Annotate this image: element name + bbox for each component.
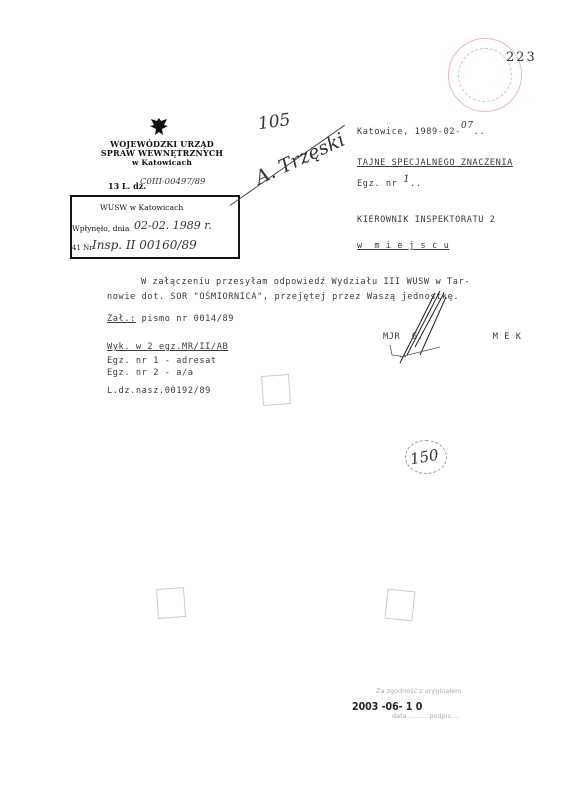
received-date: 02-02. 1989 r. xyxy=(134,219,212,232)
place-date: Katowice, 1989-02-07.. xyxy=(357,127,485,137)
copy-value: 1 xyxy=(403,174,410,185)
ldz-value: C0III·00497/89 xyxy=(140,177,205,187)
page-number: 223 xyxy=(506,50,537,65)
distribution-item: Egz. nr 1 - adresat xyxy=(107,356,217,366)
faint-stamp xyxy=(156,587,186,619)
recipient: KIEROWNIK INSPEKTORATU 2 xyxy=(357,215,496,225)
signature-strokes xyxy=(380,285,470,365)
distribution-heading: Wyk. w 2 egz.MR/II/AB xyxy=(107,342,228,352)
nr-value: Insp. II 00160/89 xyxy=(92,238,197,252)
place-date-text: Katowice, 1989-02- xyxy=(357,127,461,137)
attachment-label: Zał.: xyxy=(107,314,136,324)
diagonal-stroke xyxy=(230,125,345,206)
recipient-location: w m i e j s c u xyxy=(357,241,449,251)
office-line-3: w Katowicach xyxy=(92,158,232,167)
date-day: 07 xyxy=(461,121,474,131)
official-seal-inner xyxy=(458,48,512,102)
received-label: Wpłynęło, dnia xyxy=(72,224,129,233)
nr-label: 41 Nr xyxy=(72,244,93,252)
attachment: Zał.: pismo nr 0014/89 xyxy=(107,314,234,324)
certification-text: Za zgodność z oryginałem xyxy=(376,687,461,695)
office-line-2: SPRAW WEWNĘTRZNYCH xyxy=(92,149,232,158)
distribution-item: Egz. nr 2 - a/a xyxy=(107,368,194,378)
faint-stamp xyxy=(385,589,416,622)
eagle-emblem-icon xyxy=(147,116,171,138)
classification: TAJNE SPECJALNEGO ZNACZENIA xyxy=(357,158,513,168)
handwritten-number-105: 105 xyxy=(257,110,292,134)
office-header: WOJEWÓDZKI URZĄD SPRAW WEWNĘTRZNYCH w Ka… xyxy=(92,140,232,167)
journal-number: L.dz.nasz.00192/89 xyxy=(107,386,211,396)
registration-stamp-title: WUSW w Katowicach xyxy=(100,203,183,212)
copy-number: Egz. nr 1.. xyxy=(357,178,422,189)
copy-label: Egz. nr xyxy=(357,179,397,189)
certification-sign-line: data ......... podpis ... xyxy=(392,712,459,720)
attachment-value: pismo nr 0014/89 xyxy=(136,314,234,324)
faint-stamp xyxy=(261,374,291,406)
